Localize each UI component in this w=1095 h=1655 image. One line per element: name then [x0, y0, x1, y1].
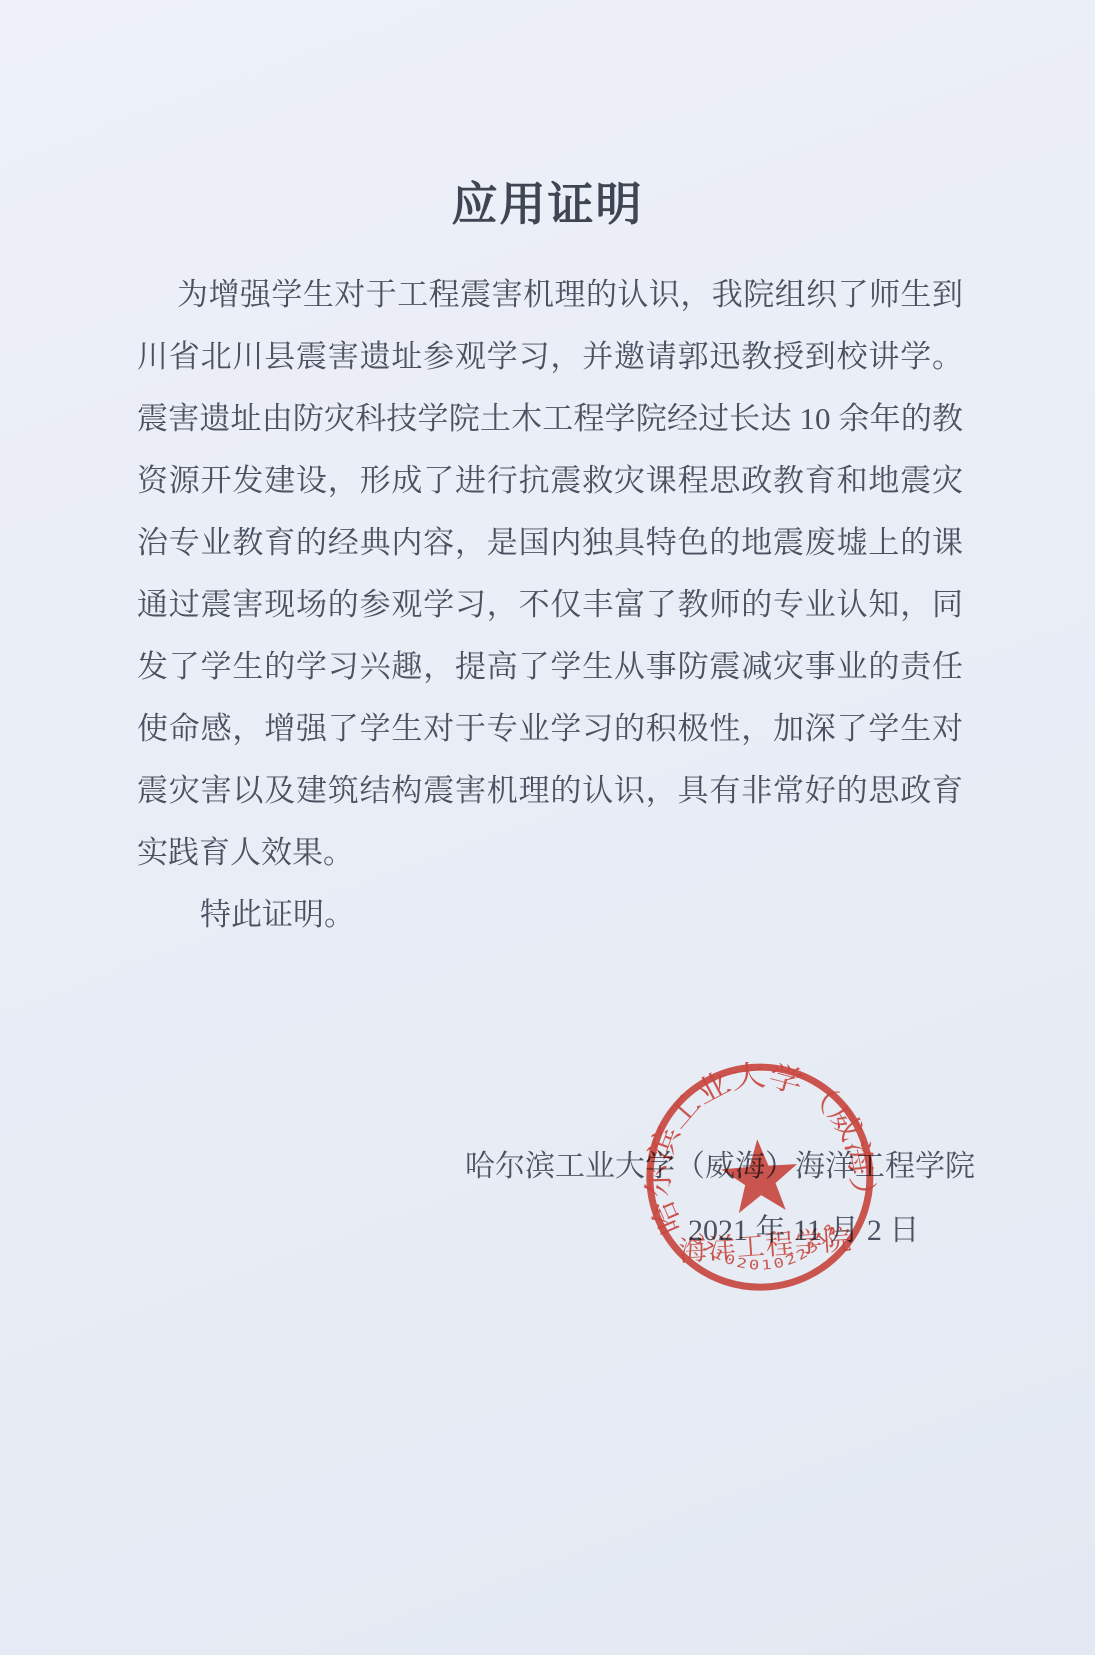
document-title: 应用证明 [0, 168, 1095, 234]
body-line: 震害遗址由防灾科技学院土木工程学院经过长达 10 余年的教学 [137, 388, 963, 450]
body-line: 实践育人效果。 [137, 822, 963, 884]
issuer-signature: 哈尔滨工业大学（威海）海洋工程学院 [465, 1148, 975, 1186]
body-line: 资源开发建设，形成了进行抗震救灾课程思政教育和地震灾害防 [137, 450, 963, 512]
body-line: 通过震害现场的参观学习，不仅丰富了教师的专业认知，同时激 [137, 574, 963, 636]
closing-line: 特此证明。 [137, 884, 963, 946]
scanned-certificate-page: 应用证明 为增强学生对于工程震害机理的认识，我院组织了师生到四 川省北川县震害遗… [0, 0, 1095, 1655]
body-line: 震灾害以及建筑结构震害机理的认识，具有非常好的思政育人和 [137, 760, 963, 822]
body-line: 发了学生的学习兴趣，提高了学生从事防震减灾事业的责任心和 [137, 636, 963, 698]
issue-date: 2021 年 11 月 2 日 [688, 1212, 919, 1250]
body-line: 川省北川县震害遗址参观学习，并邀请郭迅教授到校讲学。北川 [137, 326, 963, 388]
body-line: 使命感，增强了学生对于专业学习的积极性，加深了学生对于地 [137, 698, 963, 760]
body-line: 为增强学生对于工程震害机理的认识，我院组织了师生到四 [137, 264, 963, 326]
body-line: 治专业教育的经典内容，是国内独具特色的地震废墟上的课堂。 [137, 512, 963, 574]
document-body: 为增强学生对于工程震害机理的认识，我院组织了师生到四 川省北川县震害遗址参观学习… [137, 264, 963, 946]
